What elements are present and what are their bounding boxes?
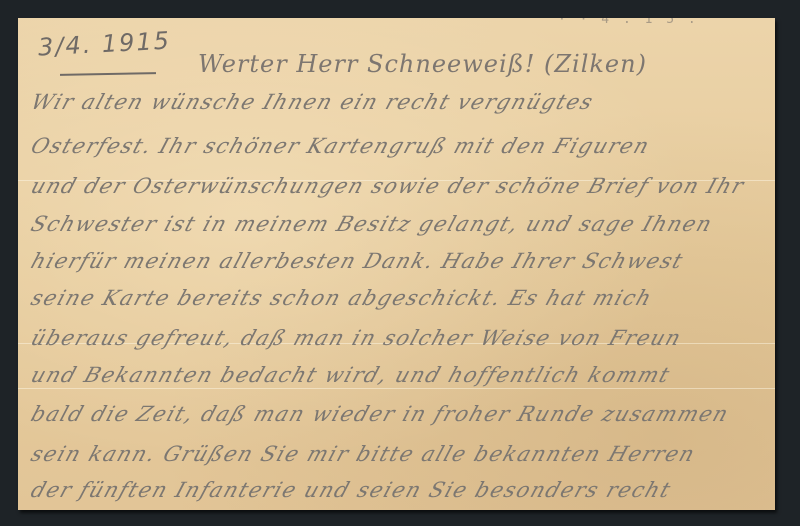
paper-fold-line <box>18 388 775 389</box>
text-line: Wir alten wünsche Ihnen ein recht vergnü… <box>28 90 775 114</box>
text-line: Osterfest. Ihr schöner Kartengruß mit de… <box>28 134 775 158</box>
text-line: Schwester ist in meinem Besitz gelangt, … <box>28 212 775 236</box>
text-line: überaus gefreut, daß man in solcher Weis… <box>28 326 775 350</box>
letter-date: 3/4. 1915 <box>37 27 171 62</box>
text-line: sein kann. Grüßen Sie mir bitte alle bek… <box>28 442 775 466</box>
salutation: Werter Herr Schneeweiß! (Zilken) <box>198 50 647 78</box>
date-underline <box>60 72 156 76</box>
text-line: der fünften Infanterie und seien Sie bes… <box>28 478 775 502</box>
text-line: bald die Zeit, daß man wieder in froher … <box>28 402 775 426</box>
text-line: und Bekannten bedacht wird, und hoffentl… <box>28 363 775 387</box>
text-line: seine Karte bereits schon abgeschickt. E… <box>28 286 775 310</box>
postmark-trace: · · 4 . 1 5 . <box>558 18 699 27</box>
text-line: hierfür meinen allerbesten Dank. Habe Ih… <box>28 249 775 273</box>
postcard: · · 4 . 1 5 . 3/4. 1915 Werter Herr Schn… <box>18 18 775 510</box>
text-line: und der Osterwünschungen sowie der schön… <box>28 174 775 198</box>
